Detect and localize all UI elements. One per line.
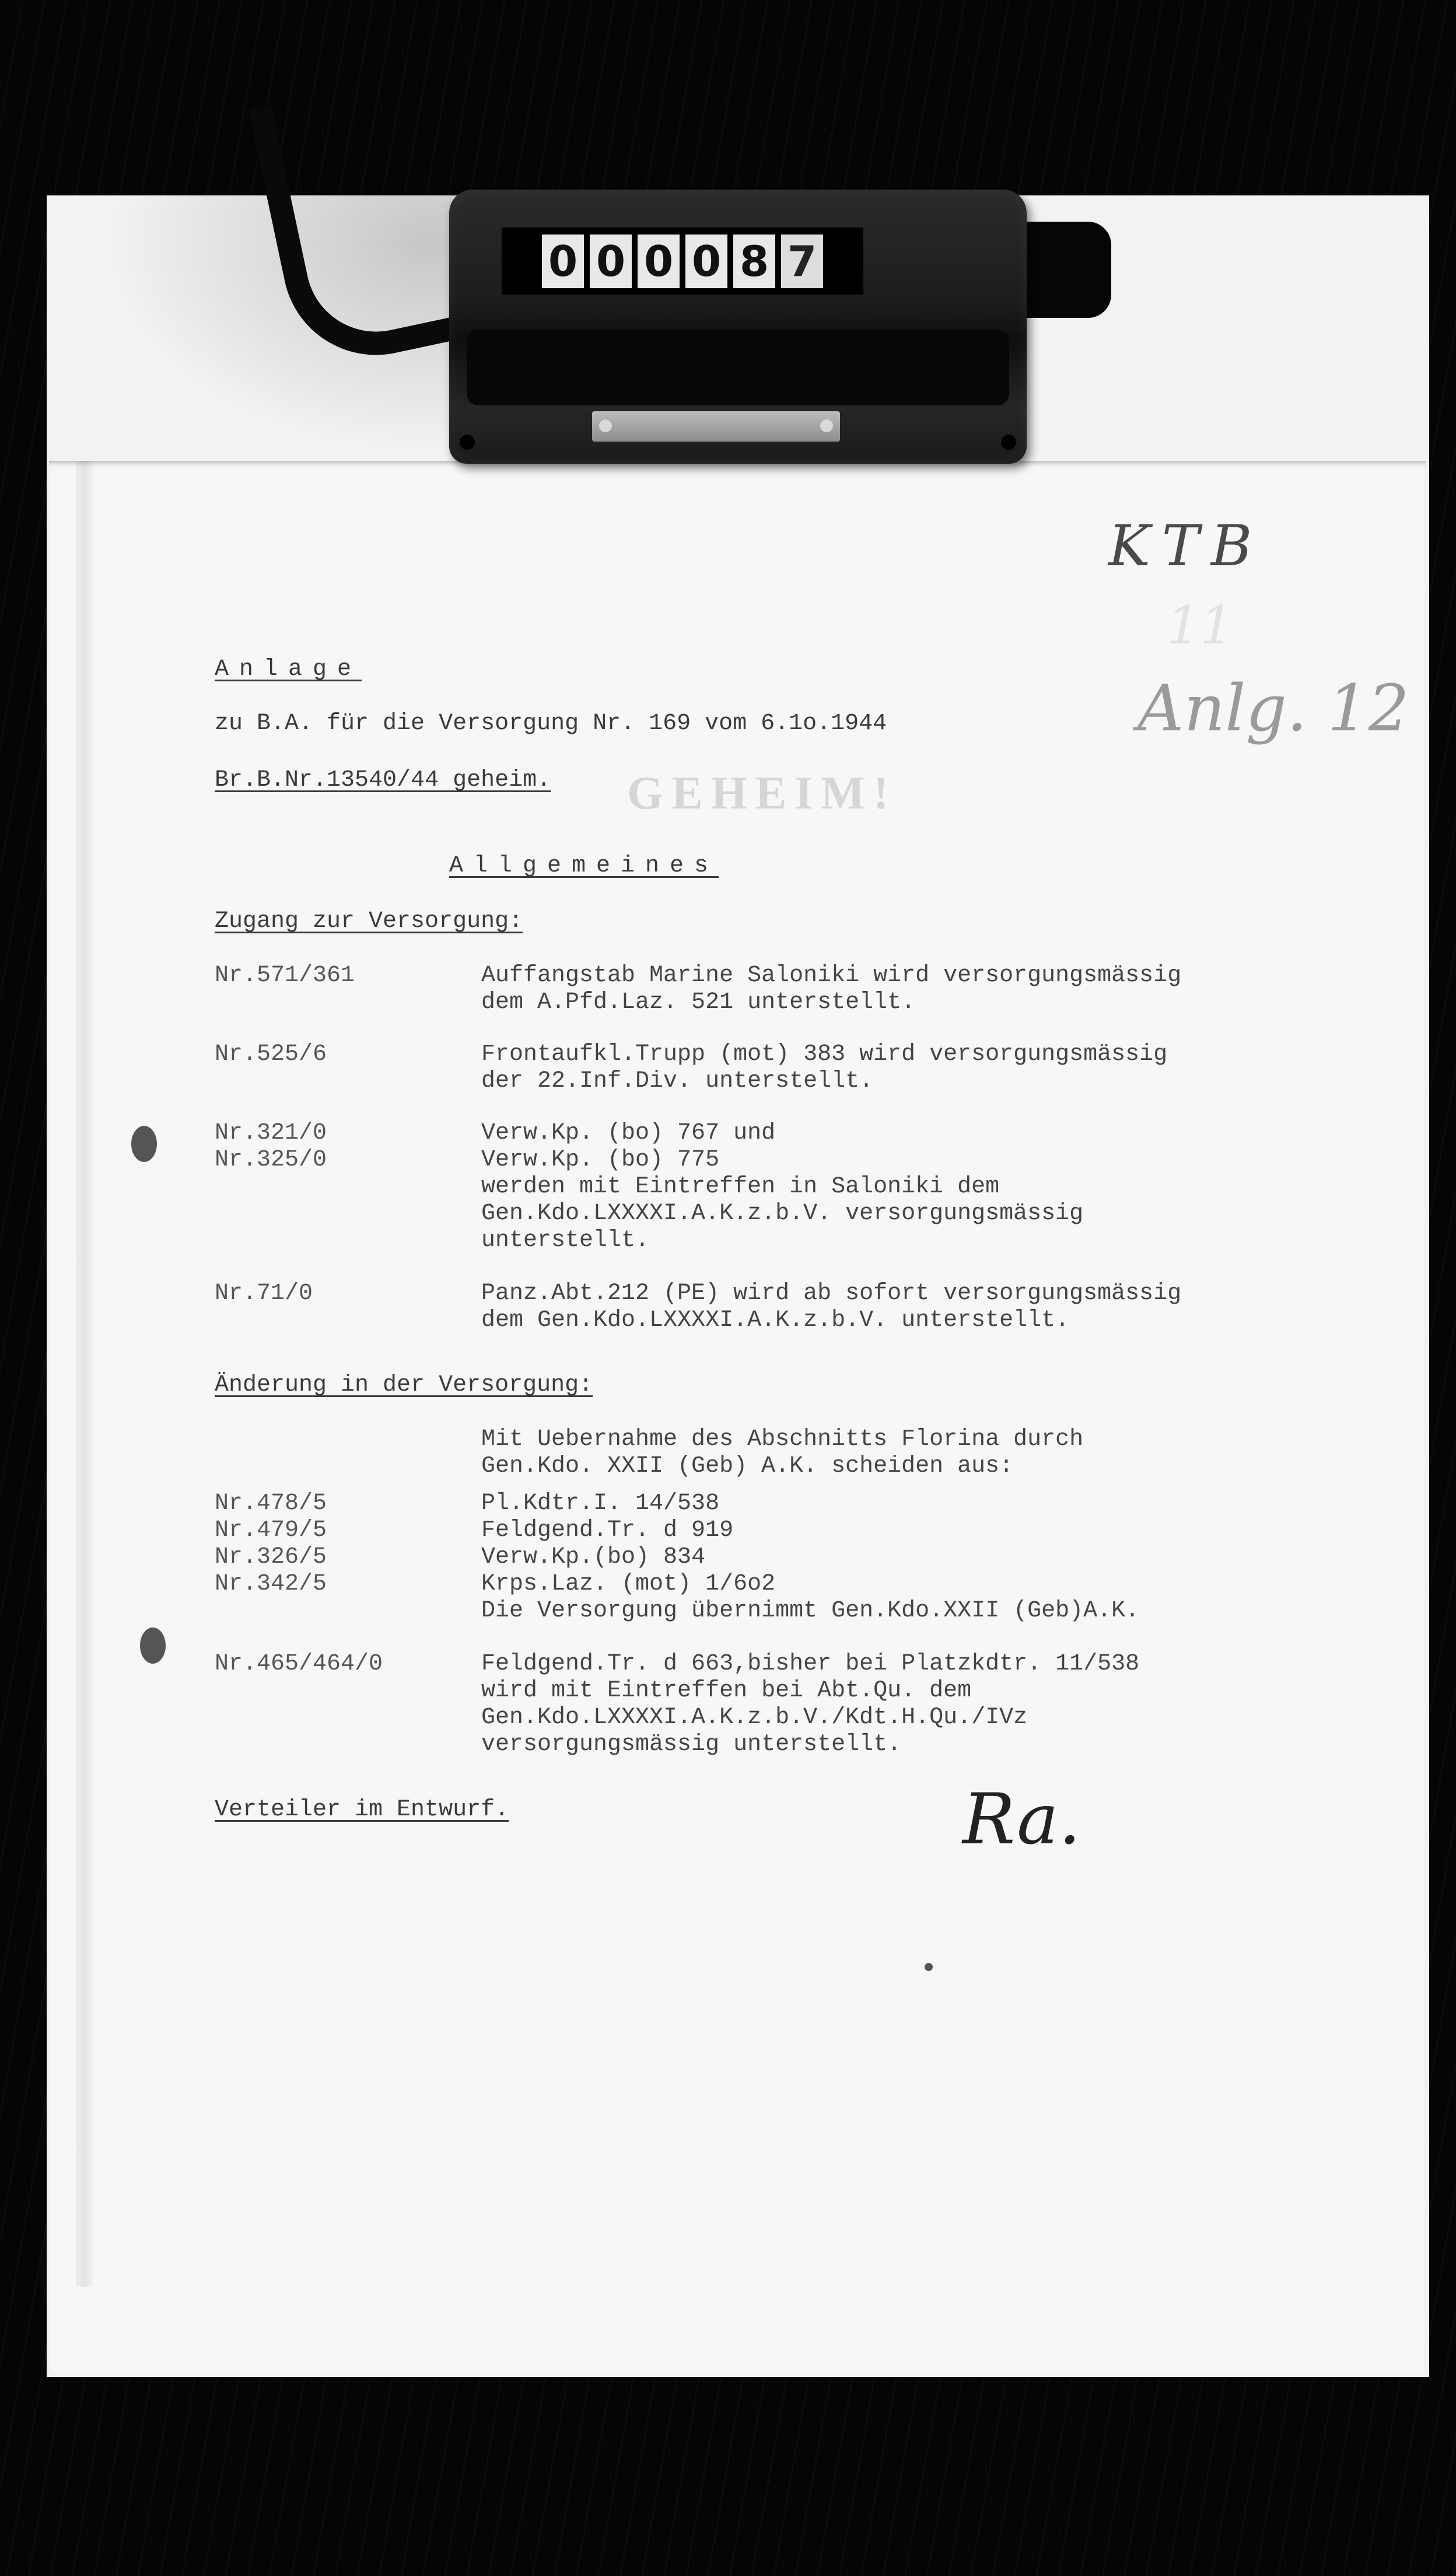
counter-display: 0 0 0 0 8 7 xyxy=(502,228,863,295)
aenderung-number-list: Nr.478/5Nr.479/5Nr.326/5Nr.342/5 xyxy=(215,1490,327,1598)
punch-hole xyxy=(131,1126,157,1162)
entry-text: Verw.Kp. (bo) 767 undVerw.Kp. (bo) 775we… xyxy=(481,1120,1083,1254)
handwritten-annex-number: Anlg. 12 xyxy=(1137,671,1409,745)
mount-hole xyxy=(1001,435,1016,450)
screw-icon xyxy=(599,419,612,432)
frame-counter-device: 0 0 0 0 8 7 xyxy=(449,190,1027,464)
screw-icon xyxy=(820,419,833,432)
entry-text: Feldgend.Tr. d 663,bisher bei Platzkdtr.… xyxy=(481,1651,1139,1758)
geheim-stamp: GEHEIM! xyxy=(627,767,897,820)
entry-number: Nr.71/0 xyxy=(215,1280,313,1307)
counter-knob xyxy=(1024,222,1111,318)
entry-number: Nr.321/0 Nr.325/0 xyxy=(215,1120,327,1174)
counter-digit: 0 xyxy=(638,235,680,288)
file-number: Br.B.Nr.13540/44 geheim. xyxy=(215,767,551,794)
counter-digit: 7 xyxy=(781,235,823,288)
entry-number: Nr.525/6 xyxy=(215,1041,327,1068)
distribution-note: Verteiler im Entwurf. xyxy=(215,1797,509,1824)
counter-digit: 0 xyxy=(685,235,727,288)
counter-nameplate xyxy=(592,411,840,442)
mount-hole xyxy=(460,435,475,450)
counter-digit: 0 xyxy=(590,235,632,288)
counter-digit: 0 xyxy=(542,235,584,288)
entry-number: Nr.571/361 xyxy=(215,963,355,989)
entry-text: Auffangstab Marine Saloniki wird versorg… xyxy=(481,963,1181,1016)
entry-text: Frontaufkl.Trupp (mot) 383 wird versorgu… xyxy=(481,1041,1167,1095)
handwritten-faint-mark: 11 xyxy=(1167,595,1234,656)
ink-speck xyxy=(925,1963,933,1971)
section-heading: Allgemeines xyxy=(449,853,719,880)
entry-number: Nr.465/464/0 xyxy=(215,1651,383,1678)
punch-hole xyxy=(140,1627,166,1664)
aenderung-heading: Änderung in der Versorgung: xyxy=(215,1372,593,1399)
counter-lower-band xyxy=(467,330,1009,405)
signature: Ra. xyxy=(963,1779,1081,1860)
zugang-heading: Zugang zur Versorgung: xyxy=(215,908,523,935)
counter-digit: 8 xyxy=(733,235,775,288)
entry-text: Panz.Abt.212 (PE) wird ab sofort versorg… xyxy=(481,1280,1181,1334)
reference-line: zu B.A. für die Versorgung Nr. 169 vom 6… xyxy=(215,710,887,737)
handwritten-ktb: KTB xyxy=(1108,513,1263,579)
aenderung-intro: Mit Uebernahme des Abschnitts Florina du… xyxy=(481,1426,1083,1480)
page-fold xyxy=(76,461,93,2287)
document-title: Anlage xyxy=(215,656,362,683)
aenderung-unit-list: Pl.Kdtr.I. 14/538Feldgend.Tr. d 919Verw.… xyxy=(481,1490,1139,1625)
document-page xyxy=(49,461,1426,2371)
